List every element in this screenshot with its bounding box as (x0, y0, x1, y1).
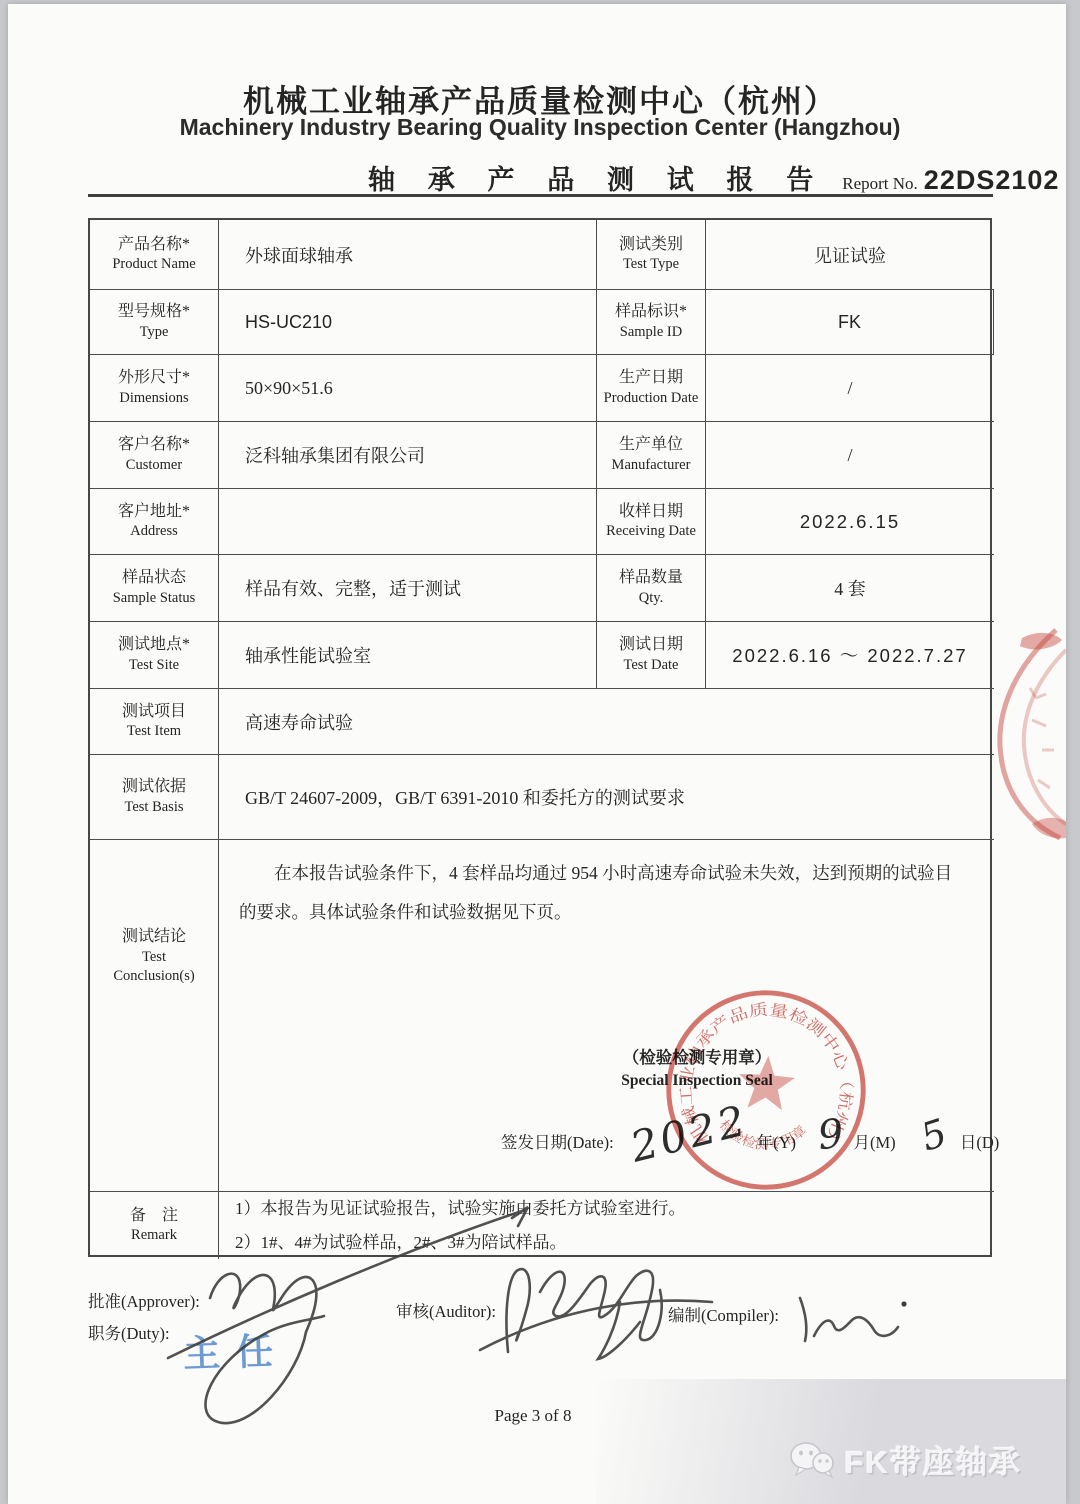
cell-qty: 4 套 (706, 555, 994, 622)
label-zh: 型号规格* (118, 302, 190, 323)
duty-label: 职务(Duty): (88, 1320, 170, 1344)
auditor-label: 审核(Auditor): (396, 1298, 496, 1322)
label-en: Test (142, 948, 166, 967)
report-title-row: 轴 承 产 品 测 试 报 告 Report No. 22DS2102 (368, 158, 1059, 197)
row-label-test-basis: 测试依据 Test Basis (90, 755, 219, 840)
label-zh: 外形尺寸* (118, 368, 190, 389)
label-zh: 样品状态 (122, 568, 186, 589)
label-zh: 测试依据 (122, 777, 186, 798)
watermark: FK带座轴承 (789, 1437, 1022, 1482)
row-label-product-name: 产品名称* Product Name (90, 220, 219, 290)
cell-conclusion: 在本报告试验条件下，4 套样品均通过 954 小时高速寿命试验未失效，达到预期的… (219, 840, 994, 1192)
value: 2022.6.16 ～ 2022.7.27 (732, 642, 967, 668)
row-label-test-type: 测试类别 Test Type (597, 220, 706, 290)
row-label-sample-status: 样品状态 Sample Status (90, 555, 219, 622)
issue-date-label: 签发日期(Date): (501, 1125, 614, 1161)
row-label-type: 型号规格* Type (90, 290, 219, 355)
label-zh: 样品标识* (615, 302, 687, 323)
label-en: Test Type (623, 255, 679, 274)
label-en: Address (130, 522, 178, 541)
label-zh: 测试地点* (118, 635, 190, 656)
label-zh: 客户地址* (118, 502, 190, 523)
value: 50×90×51.6 (245, 378, 333, 399)
label-en: Test Basis (125, 798, 184, 817)
row-label-customer: 客户名称* Customer (90, 422, 219, 489)
value: 样品有效、完整，适于测试 (245, 575, 461, 601)
label-zh: 生产单位 (619, 435, 683, 456)
value: 高速寿命试验 (245, 709, 353, 735)
label-en: Remark (131, 1226, 177, 1245)
remark-line-2: 2）1#、4#为试验样品，2#、3#为陪试样品。 (235, 1226, 567, 1259)
year-unit: 年(Y) (757, 1125, 796, 1161)
cell-dimensions: 50×90×51.6 (219, 355, 597, 422)
row-label-remark: 备 注 Remark (90, 1192, 219, 1259)
row-label-production-date: 生产日期 Production Date (597, 355, 706, 422)
row-label-qty: 样品数量 Qty. (597, 555, 706, 622)
label-en: Test Item (127, 722, 181, 741)
cell-sample-id: FK (706, 290, 994, 355)
label-en: Product Name (112, 255, 195, 274)
compiler-label: 编制(Compiler): (668, 1302, 779, 1326)
row-label-dimensions: 外形尺寸* Dimensions (90, 355, 219, 422)
label-zh: 测试项目 (122, 702, 186, 723)
report-photo: 机械工业轴承产品质量检测中心（杭州） Machinery Industry Be… (0, 0, 1080, 1504)
label-en: Production Date (604, 389, 699, 408)
cell-remark: 1）本报告为见证试验报告，试验实施由委托方试验室进行。 2）1#、4#为试验样品… (219, 1192, 994, 1259)
approver-label: 批准(Approver): (88, 1288, 200, 1312)
row-label-test-site: 测试地点* Test Site (90, 622, 219, 689)
label-en: Type (140, 323, 169, 342)
label-en: Test Date (624, 656, 679, 675)
label-en: Sample Status (113, 589, 196, 608)
row-label-test-item: 测试项目 Test Item (90, 689, 219, 755)
row-label-test-date: 测试日期 Test Date (597, 622, 706, 689)
remark-line-1: 1）本报告为见证试验报告，试验实施由委托方试验室进行。 (235, 1192, 686, 1225)
cell-test-item: 高速寿命试验 (219, 689, 994, 755)
report-title: 轴 承 产 品 测 试 报 告 (368, 158, 826, 197)
cell-manufacturer: / (706, 422, 994, 489)
label-en: Receiving Date (606, 522, 696, 541)
label-en: Sample ID (620, 323, 682, 342)
handwritten-day: 5 (909, 1092, 958, 1179)
value: 轴承性能试验室 (245, 642, 371, 668)
cell-customer: 泛科轴承集团有限公司 (219, 422, 597, 489)
report-table: 产品名称* Product Name 外球面球轴承 测试类别 Test Type… (88, 218, 992, 1257)
watermark-text: FK带座轴承 (845, 1437, 1022, 1482)
value: HS-UC210 (245, 312, 332, 333)
cell-test-site: 轴承性能试验室 (219, 622, 597, 689)
value: 泛科轴承集团有限公司 (245, 442, 425, 468)
label-zh: 收样日期 (619, 502, 683, 523)
value: FK (838, 312, 861, 333)
value: 外球面球轴承 (245, 242, 353, 268)
row-label-address: 客户地址* Address (90, 489, 219, 555)
label-en: Qty. (639, 589, 663, 608)
issue-date-line: 签发日期(Date): 2022 年(Y) 9 月(M) 5 日(D) (501, 1088, 999, 1180)
label-zh: 产品名称* (118, 235, 190, 256)
duty-stamp: 主任 (182, 1320, 290, 1378)
row-label-conclusion: 测试结论 Test Conclusion(s) (90, 840, 219, 1192)
label-zh: 生产日期 (619, 368, 683, 389)
wechat-icon (789, 1440, 835, 1480)
cell-receiving-date: 2022.6.15 (706, 489, 994, 555)
handwritten-year: 2022 (620, 1075, 758, 1193)
cell-sample-status: 样品有效、完整，适于测试 (219, 555, 597, 622)
cell-test-basis: GB/T 24607-2009，GB/T 6391-2010 和委托方的测试要求 (219, 755, 994, 840)
value: 4 套 (834, 575, 866, 601)
report-no-value: 22DS2102 (924, 165, 1060, 196)
cell-type: HS-UC210 (219, 290, 597, 355)
handwritten-month: 9 (814, 1090, 849, 1180)
value: / (847, 378, 852, 399)
cell-test-date: 2022.6.16 ～ 2022.7.27 (706, 622, 994, 689)
label-en: Conclusion(s) (113, 967, 194, 986)
value: 见证试验 (814, 242, 886, 268)
cell-product-name: 外球面球轴承 (219, 220, 597, 290)
cell-test-type: 见证试验 (706, 220, 994, 290)
label-zh: 测试类别 (619, 235, 683, 256)
label-en: Manufacturer (612, 456, 691, 475)
label-zh: 样品数量 (619, 568, 683, 589)
value: GB/T 24607-2009，GB/T 6391-2010 和委托方的测试要求 (245, 784, 685, 810)
label-zh: 备 注 (130, 1206, 178, 1227)
label-en: Customer (126, 456, 182, 475)
center-name-en: Machinery Industry Bearing Quality Inspe… (0, 114, 1080, 141)
label-zh: 测试日期 (619, 635, 683, 656)
label-en: Test Site (129, 656, 179, 675)
cell-address (219, 489, 597, 555)
seal-caption-zh: （检验检测专用章） (587, 1046, 807, 1070)
month-unit: 月(M) (853, 1125, 895, 1161)
row-label-sample-id: 样品标识* Sample ID (597, 290, 706, 355)
row-label-receiving-date: 收样日期 Receiving Date (597, 489, 706, 555)
label-en: Dimensions (119, 389, 188, 408)
value: 2022.6.15 (800, 511, 900, 533)
cell-production-date: / (706, 355, 994, 422)
value: / (847, 445, 852, 466)
report-no-label: Report No. (842, 174, 918, 194)
row-label-manufacturer: 生产单位 Manufacturer (597, 422, 706, 489)
label-zh: 测试结论 (122, 927, 186, 948)
header-rule (88, 194, 993, 197)
label-zh: 客户名称* (118, 435, 190, 456)
day-unit: 日(D) (960, 1125, 999, 1161)
conclusion-text: 在本报告试验条件下，4 套样品均通过 954 小时高速寿命试验未失效，达到预期的… (239, 854, 964, 931)
